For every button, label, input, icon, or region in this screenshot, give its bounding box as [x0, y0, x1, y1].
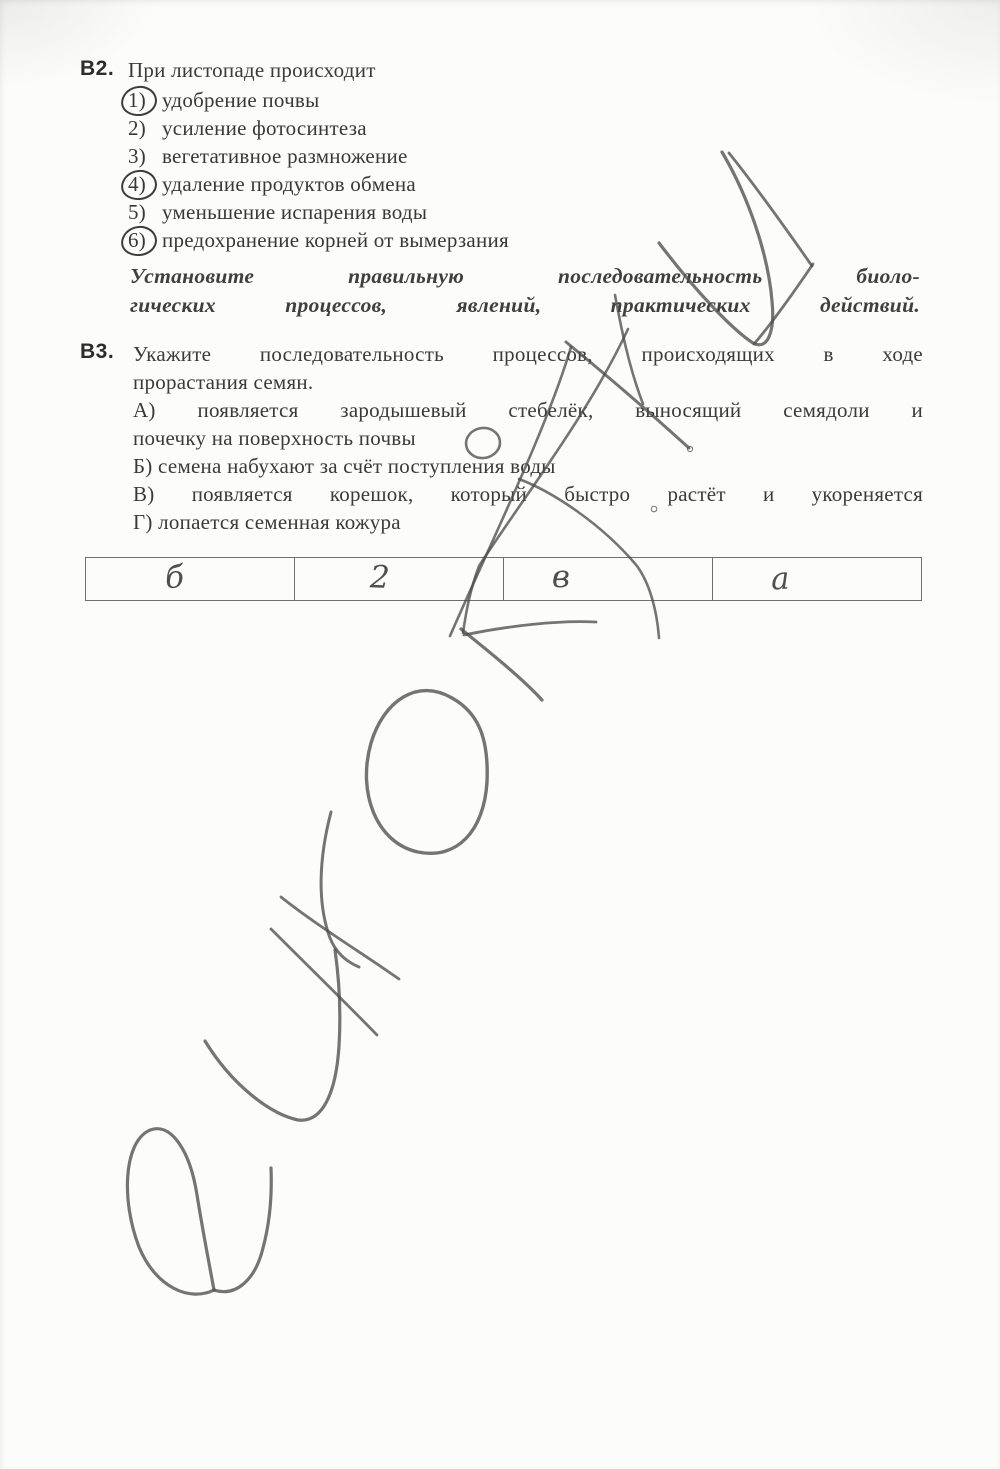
- scanned-page: В2. При листопаде происходит 1) удобрени…: [0, 0, 1000, 1469]
- b2-option-row: 2) усиление фотосинтеза: [128, 116, 930, 144]
- instruction-line-1: Установите правильную последовательность…: [130, 262, 920, 291]
- b2-option-text-5: предохранение корней от вымерзания: [156, 228, 509, 253]
- handwritten-answer-4: а: [770, 561, 790, 598]
- b3-line-2: А) появляется зародышевый стебелёк, выно…: [133, 396, 923, 424]
- instruction-line-2: гических процессов, явлений, практически…: [130, 291, 920, 320]
- b2-option-num-1: 2): [128, 116, 156, 141]
- handwritten-answer-1: б: [164, 559, 185, 596]
- b2-option-text-0: удобрение почвы: [156, 88, 319, 113]
- b2-options-list: 1) удобрение почвы 2) усиление фотосинте…: [128, 88, 930, 256]
- b2-option-text-1: усиление фотосинтеза: [156, 116, 367, 141]
- b2-option-row: 4) удаление продуктов обмена: [128, 172, 930, 200]
- question-b2: В2. При листопаде происходит 1) удобрени…: [80, 56, 930, 256]
- b3-line-3: почечку на поверхность почвы: [133, 424, 923, 452]
- answer-cell-1: б: [86, 558, 295, 600]
- b2-option-row: 3) вегетативное размножение: [128, 144, 930, 172]
- b3-line-4: Б) семена набухают за счёт поступления в…: [133, 452, 923, 480]
- answer-cell-2: 2: [295, 558, 504, 600]
- b3-line-0: Укажите последовательность процессов, пр…: [133, 340, 923, 368]
- b2-option-num-2: 3): [128, 144, 156, 169]
- instruction-paragraph: Установите правильную последовательность…: [130, 262, 920, 320]
- b2-option-num-4: 5): [128, 200, 156, 225]
- question-b2-text: При листопаде происходит: [128, 56, 376, 84]
- b2-option-text-2: вегетативное размножение: [156, 144, 408, 169]
- answer-table: б 2 в а: [85, 557, 922, 601]
- b3-text-lines: Укажите последовательность процессов, пр…: [133, 340, 923, 536]
- b2-option-row: 1) удобрение почвы: [128, 88, 930, 116]
- b3-line-1: прорастания семян.: [133, 368, 923, 396]
- b2-option-num-5: 6): [128, 228, 156, 253]
- b2-option-num-0: 1): [128, 88, 156, 113]
- question-b3-label: В3.: [80, 340, 114, 363]
- answer-cell-4: а: [713, 558, 921, 600]
- question-b3: В3. Укажите последовательность процессов…: [80, 340, 114, 364]
- question-b2-label: В2.: [80, 56, 128, 84]
- b3-line-5: В) появляется корешок, который быстро ра…: [133, 480, 923, 508]
- b2-option-text-3: удаление продуктов обмена: [156, 172, 416, 197]
- answer-cell-3: в: [504, 558, 713, 600]
- handwritten-answer-2: 2: [369, 559, 390, 596]
- b2-option-num-3: 4): [128, 172, 156, 197]
- handwritten-answer-3: в: [552, 559, 570, 595]
- b2-option-row: 6) предохранение корней от вымерзания: [128, 228, 930, 256]
- b2-option-text-4: уменьшение испарения воды: [156, 200, 427, 225]
- b3-line-6: Г) лопается семенная кожура: [133, 508, 923, 536]
- b2-option-row: 5) уменьшение испарения воды: [128, 200, 930, 228]
